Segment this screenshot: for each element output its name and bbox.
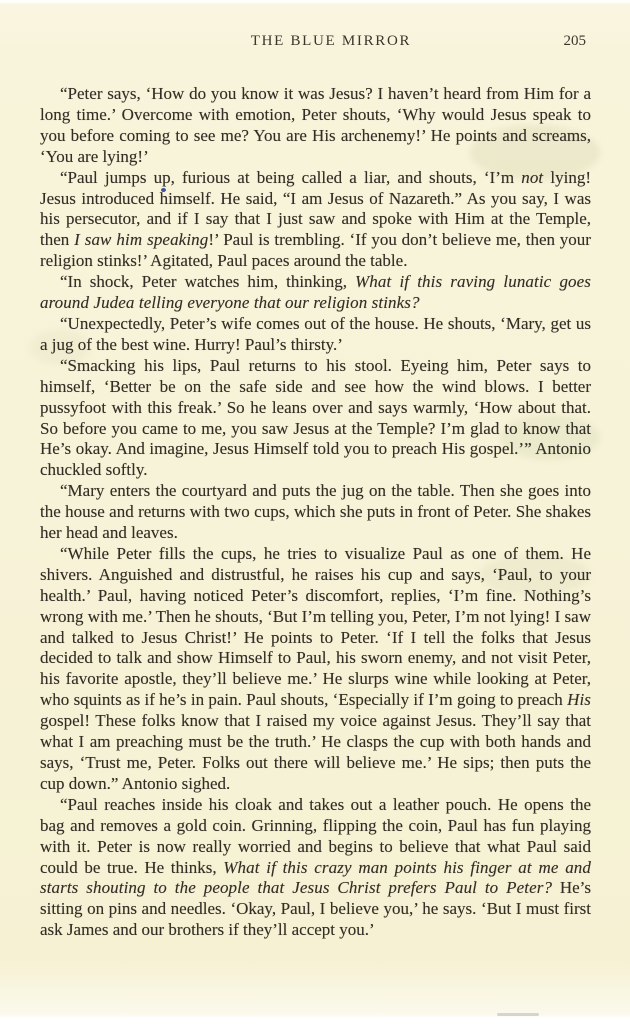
book-page: THE BLUE MIRROR 205 “Peter says, ‘How do… (0, 0, 630, 1024)
paragraph: “Mary enters the courtyard and puts the … (40, 481, 591, 544)
text-run: “Paul jumps up, furious at being called … (60, 168, 521, 187)
paragraph: “In shock, Peter watches him, thinking, … (40, 272, 591, 314)
scan-edge-top (0, 0, 630, 3)
ink-dot-artifact (161, 188, 166, 192)
italic-text-run: I saw him speaking (74, 230, 208, 249)
paragraph: “Paul reaches inside his cloak and takes… (40, 795, 591, 941)
running-header: THE BLUE MIRROR (251, 33, 412, 50)
page-body: “Peter says, ‘How do you know it was Jes… (40, 84, 591, 941)
text-run: “Peter says, ‘How do you know it was Jes… (40, 84, 591, 166)
italic-text-run: not (521, 168, 543, 187)
text-run: “In shock, Peter watches him, thinking, (60, 272, 355, 291)
text-run: “While Peter fills the cups, he tries to… (40, 544, 591, 709)
paragraph: “Paul jumps up, furious at being called … (40, 168, 591, 273)
paragraph: “Smacking his lips, Paul returns to his … (40, 356, 591, 481)
scan-edge-bottom (0, 1018, 630, 1024)
paragraph: “Peter says, ‘How do you know it was Jes… (40, 84, 591, 168)
scan-smudge (497, 1013, 539, 1016)
paragraph: “Unexpectedly, Peter’s wife comes out of… (40, 314, 591, 356)
italic-text-run: His (567, 690, 591, 709)
page-number: 205 (564, 33, 587, 50)
text-run: “Mary enters the courtyard and puts the … (40, 481, 591, 542)
text-run: “Smacking his lips, Paul returns to his … (40, 356, 591, 480)
text-run: gospel! These folks know that I raised m… (40, 711, 591, 793)
paragraph: “While Peter fills the cups, he tries to… (40, 544, 591, 795)
page-header: THE BLUE MIRROR 205 (0, 33, 630, 55)
text-run: “Unexpectedly, Peter’s wife comes out of… (40, 314, 591, 354)
